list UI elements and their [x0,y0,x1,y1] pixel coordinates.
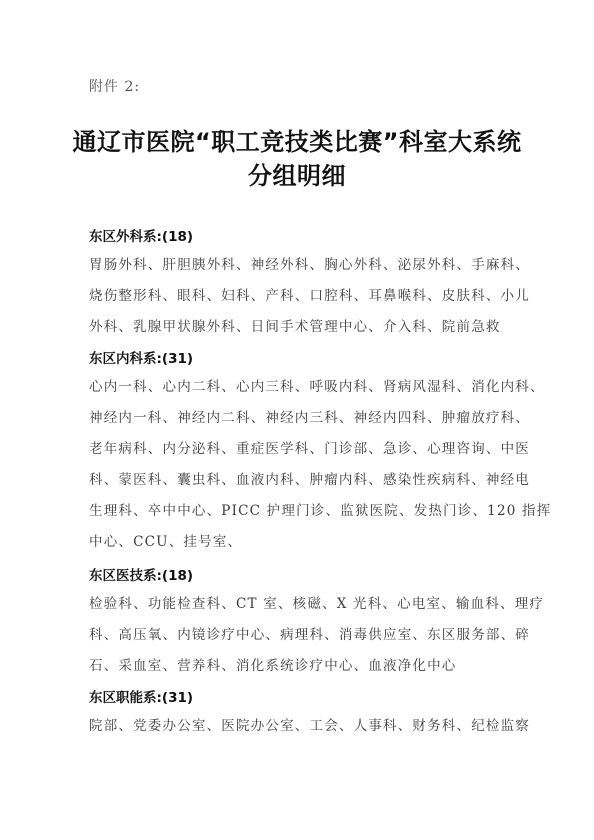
section-text-line: 中心、CCU、挂号室、 [89,527,509,558]
document-title-line-1: 通辽市医院“职工竞技类比赛”科室大系统 [0,122,594,157]
section-heading: 东区外科系:(18) [89,224,509,250]
attachment-label: 附件 2: [89,76,140,96]
section-text-line: 神经内一科、神经内二科、神经内三科、神经内四科、肿瘤放疗科、 [89,403,509,434]
document-title-line-2: 分组明细 [0,156,594,191]
section-east-functional: 东区职能系:(31) 院部、党委办公室、医院办公室、工会、人事科、财务科、纪检监… [89,685,509,742]
section-east-internal-medicine: 东区内科系:(31) 心内一科、心内二科、心内三科、呼吸内科、肾病风湿科、消化内… [89,346,509,558]
section-heading: 东区职能系:(31) [89,685,509,711]
section-heading: 东区医技系:(18) [89,563,509,589]
section-text-line: 科、蒙医科、囊虫科、血液内科、肿瘤内科、感染性疾病科、神经电 [89,465,509,496]
section-text-line: 生理科、卒中中心、PICC 护理门诊、监狱医院、发热门诊、120 指挥 [89,496,509,527]
section-text-line: 石、采血室、营养科、消化系统诊疗中心、血液净化中心 [89,651,509,682]
section-text-line: 老年病科、内分泌科、重症医学科、门诊部、急诊、心理咨询、中医 [89,434,509,465]
section-text-line: 胃肠外科、肝胆胰外科、神经外科、胸心外科、泌尿外科、手麻科、 [89,250,509,281]
section-text-line: 院部、党委办公室、医院办公室、工会、人事科、财务科、纪检监察 [89,711,509,742]
section-text-line: 烧伤整形科、眼科、妇科、产科、口腔科、耳鼻喉科、皮肤科、小儿 [89,281,509,312]
section-east-surgery: 东区外科系:(18) 胃肠外科、肝胆胰外科、神经外科、胸心外科、泌尿外科、手麻科… [89,224,509,343]
section-text-line: 外科、乳腺甲状腺外科、日间手术管理中心、介入科、院前急救 [89,312,509,343]
section-text-line: 检验科、功能检查科、CT 室、核磁、X 光科、心电室、输血科、理疗 [89,589,509,620]
section-east-medical-technology: 东区医技系:(18) 检验科、功能检查科、CT 室、核磁、X 光科、心电室、输血… [89,563,509,682]
section-text-line: 科、高压氧、内镜诊疗中心、病理科、消毒供应室、东区服务部、碎 [89,620,509,651]
section-heading: 东区内科系:(31) [89,346,509,372]
section-text-line: 心内一科、心内二科、心内三科、呼吸内科、肾病风湿科、消化内科、 [89,372,509,403]
